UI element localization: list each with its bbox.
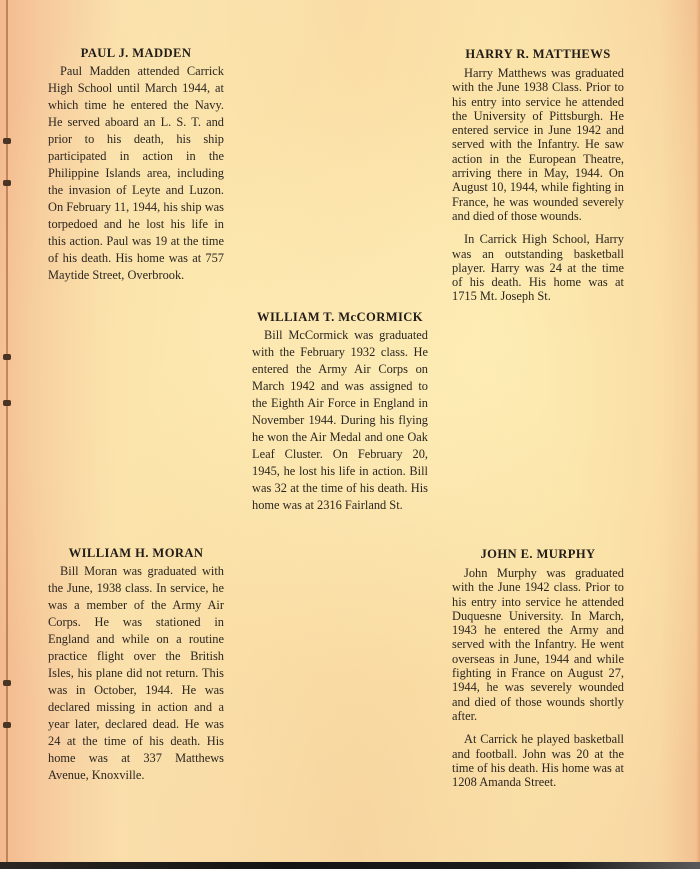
staple-mark [3, 680, 11, 686]
entry-name-heading: WILLIAM H. MORAN [48, 546, 224, 561]
entry-paragraph: Bill McCormick was graduated with the Fe… [252, 327, 428, 514]
scanner-bottom-edge [0, 862, 700, 869]
memorial-entry-paul-madden: PAUL J. MADDEN Paul Madden attended Carr… [48, 46, 224, 284]
entry-paragraph: Bill Moran was graduated with the June, … [48, 563, 224, 784]
staple-mark [3, 400, 11, 406]
entry-paragraph: Paul Madden attended Carrick High School… [48, 63, 224, 284]
memorial-entry-harry-matthews: HARRY R. MATTHEWS Harry Matthews was gra… [452, 47, 624, 304]
entry-paragraph: In Carrick High School, Harry was an out… [452, 232, 624, 303]
memorial-entry-william-mccormick: WILLIAM T. McCORMICK Bill McCormick was … [252, 310, 428, 514]
entry-paragraph: John Murphy was graduated with the June … [452, 566, 624, 723]
staple-mark [3, 138, 11, 144]
page-right-edge [696, 0, 700, 862]
staple-mark [3, 180, 11, 186]
scanned-page: PAUL J. MADDEN Paul Madden attended Carr… [0, 0, 700, 862]
memorial-entry-william-moran: WILLIAM H. MORAN Bill Moran was graduate… [48, 546, 224, 784]
staple-mark [3, 722, 11, 728]
staple-mark [3, 354, 11, 360]
memorial-entry-john-murphy: JOHN E. MURPHY John Murphy was graduated… [452, 547, 624, 789]
entry-paragraph: At Carrick he played basketball and foot… [452, 732, 624, 789]
entry-name-heading: WILLIAM T. McCORMICK [252, 310, 428, 325]
entry-name-heading: HARRY R. MATTHEWS [452, 47, 624, 62]
entry-paragraph: Harry Matthews was graduated with the Ju… [452, 66, 624, 223]
binding-fold-line [6, 0, 8, 862]
entry-name-heading: JOHN E. MURPHY [452, 547, 624, 562]
entry-name-heading: PAUL J. MADDEN [48, 46, 224, 61]
